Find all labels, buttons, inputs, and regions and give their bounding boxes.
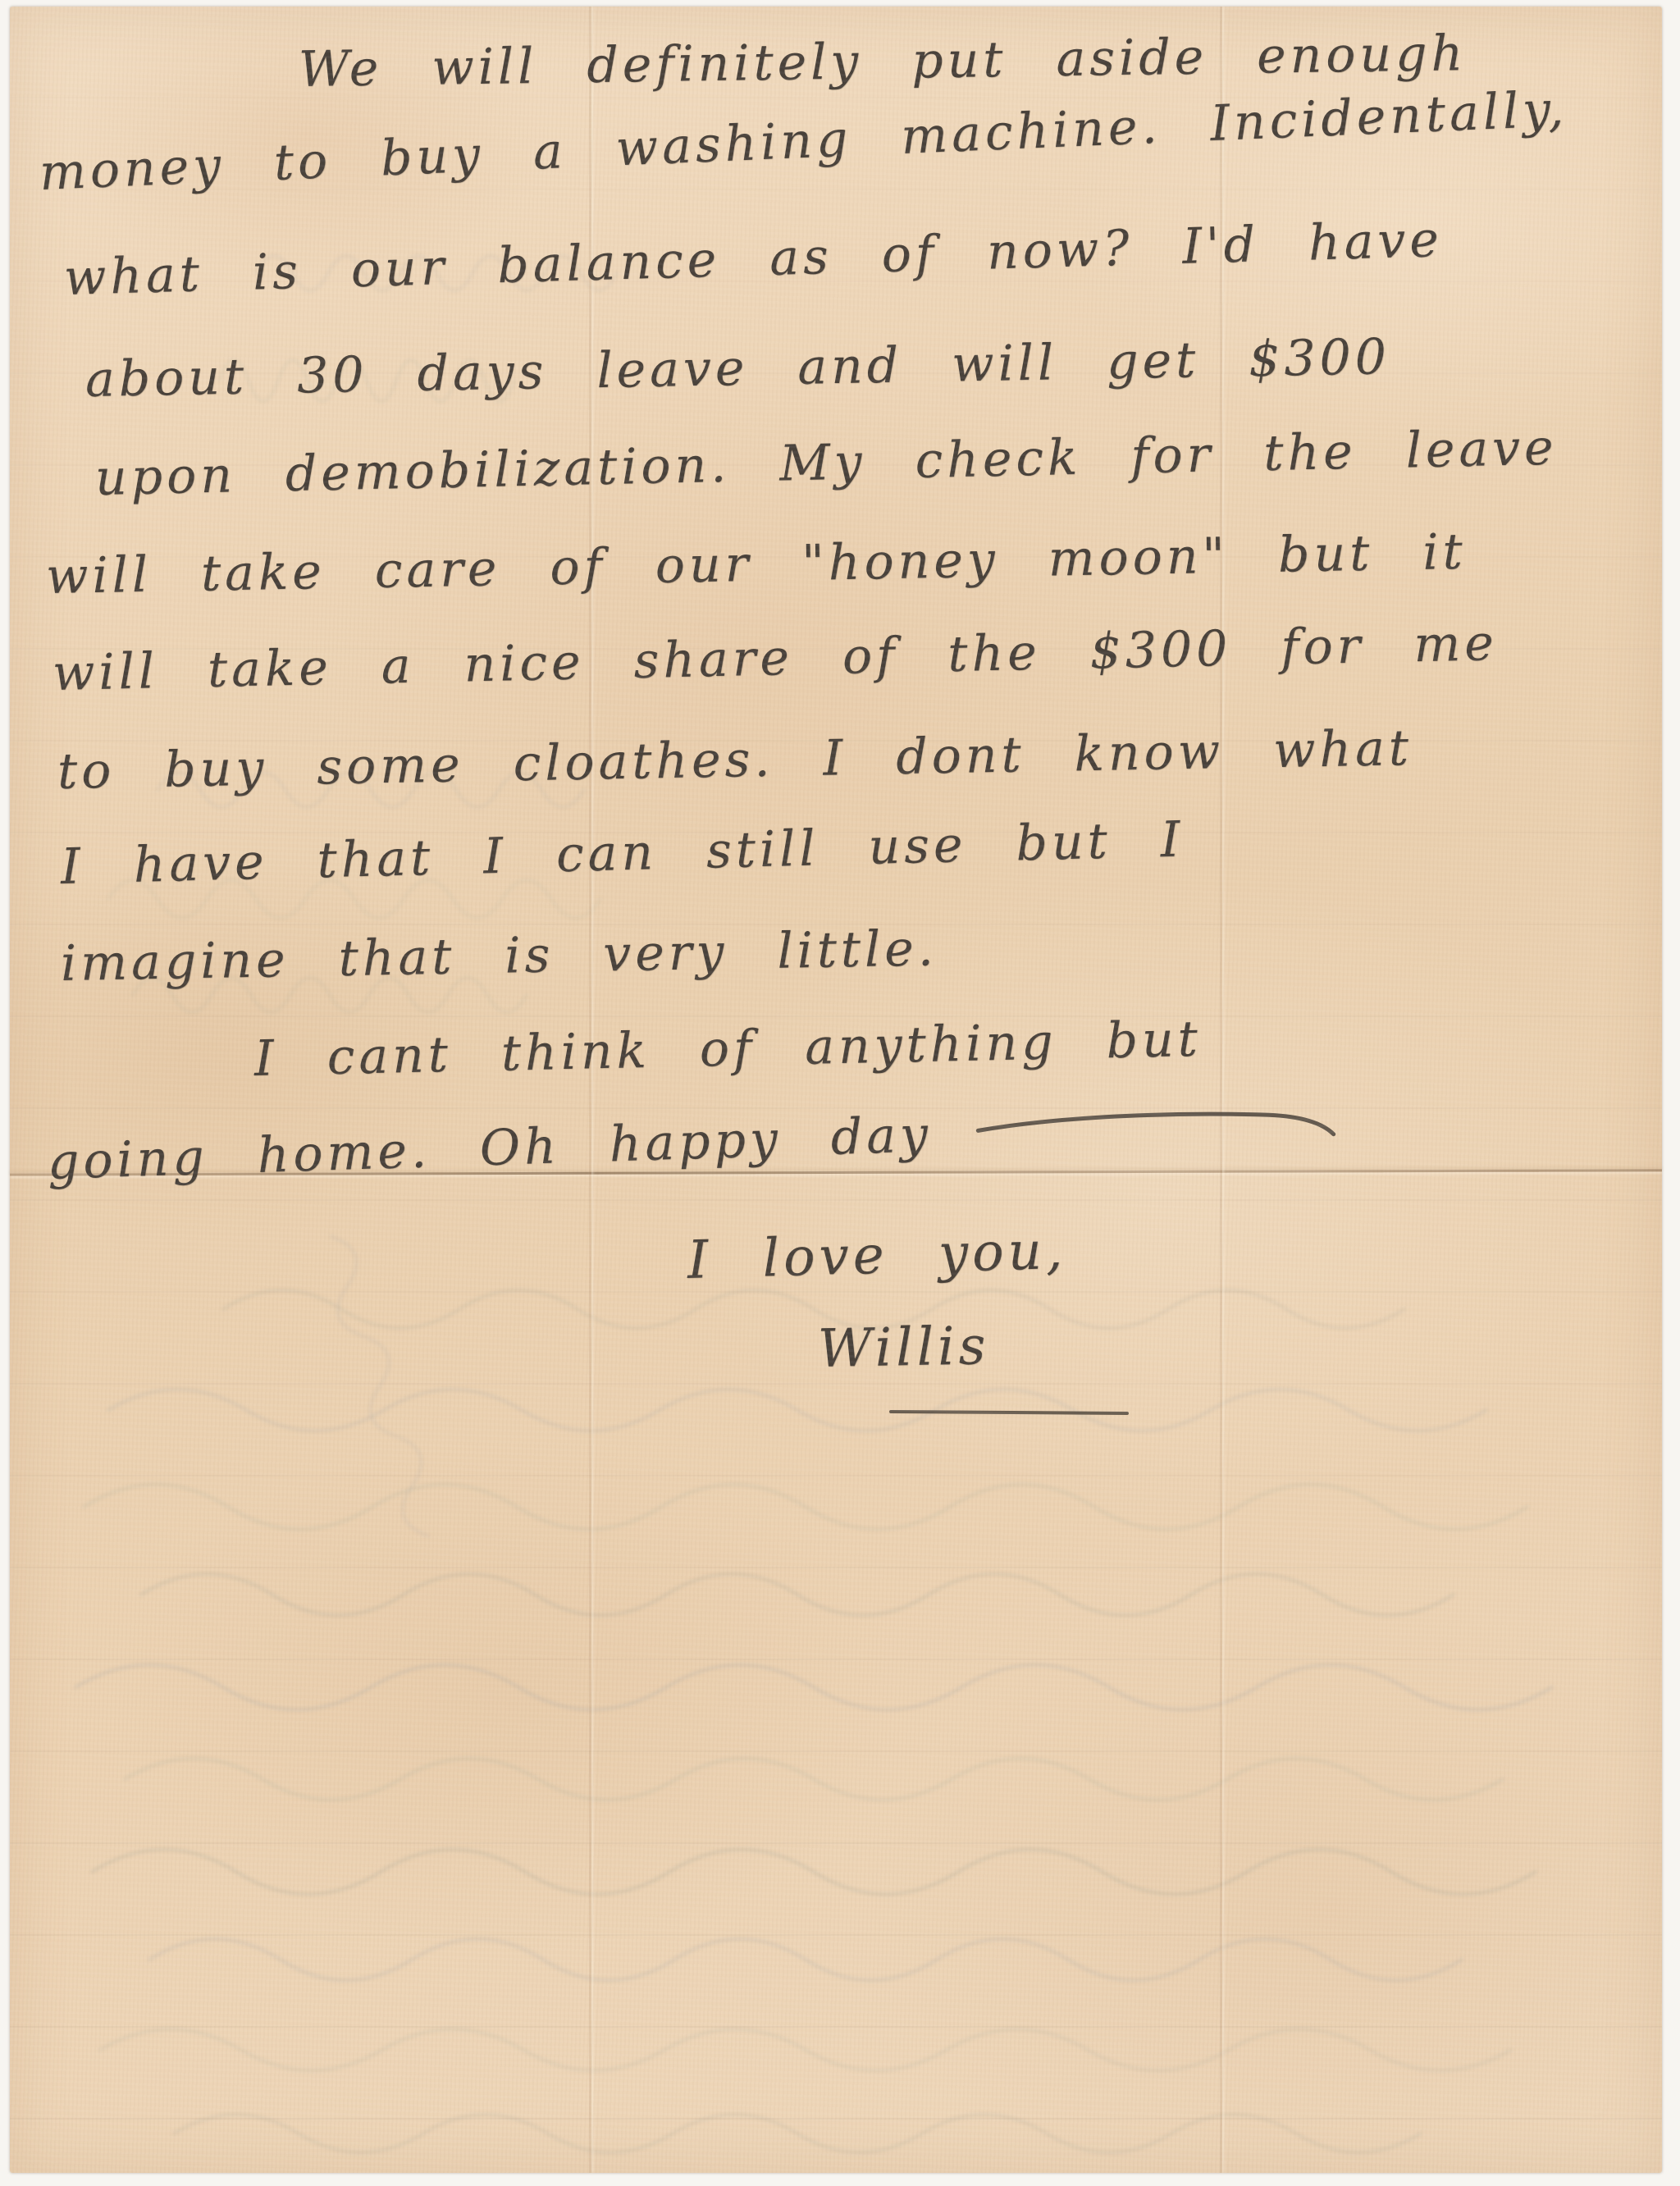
signature: Willis bbox=[817, 1316, 990, 1380]
letter-line-3: what is our balance as of now? I'd have bbox=[63, 211, 1444, 307]
letter-line-10: imagine that is very little. bbox=[60, 920, 938, 993]
letter-line-11: I cant think of anything but bbox=[253, 1011, 1202, 1088]
letter-line-12-text: going home. Oh happy day bbox=[47, 1106, 933, 1191]
letter-line-2: money to buy a washing machine. Incident… bbox=[39, 80, 1569, 202]
letter-line-9: I have that I can still use but I bbox=[60, 811, 1185, 896]
paper: We will definitely put aside enough mone… bbox=[10, 7, 1662, 2173]
letter-line-1: We will definitely put aside enough bbox=[299, 25, 1468, 98]
valediction: I love you, bbox=[687, 1221, 1067, 1291]
fold-crease-vertical-left bbox=[589, 7, 591, 2173]
letter-line-7: will take a nice share of the $300 for m… bbox=[52, 614, 1498, 702]
hand-drawn-dash bbox=[974, 1094, 1344, 1155]
letter-line-12: going home. Oh happy day bbox=[47, 1093, 1344, 1191]
letter-line-6: will take care of our "honey moon" but i… bbox=[45, 523, 1467, 605]
scanned-letter: We will definitely put aside enough mone… bbox=[0, 0, 1680, 2186]
signature-underline bbox=[889, 1410, 1129, 1415]
bleedthrough-handwriting bbox=[10, 7, 1662, 2173]
letter-line-5: upon demobilization. My check for the le… bbox=[94, 419, 1558, 507]
ruled-lines-bleedthrough bbox=[10, 7, 1662, 2173]
letter-line-4: about 30 days leave and will get $300 bbox=[84, 328, 1390, 408]
letter-line-8: to buy some cloathes. I dont know what bbox=[57, 719, 1413, 801]
